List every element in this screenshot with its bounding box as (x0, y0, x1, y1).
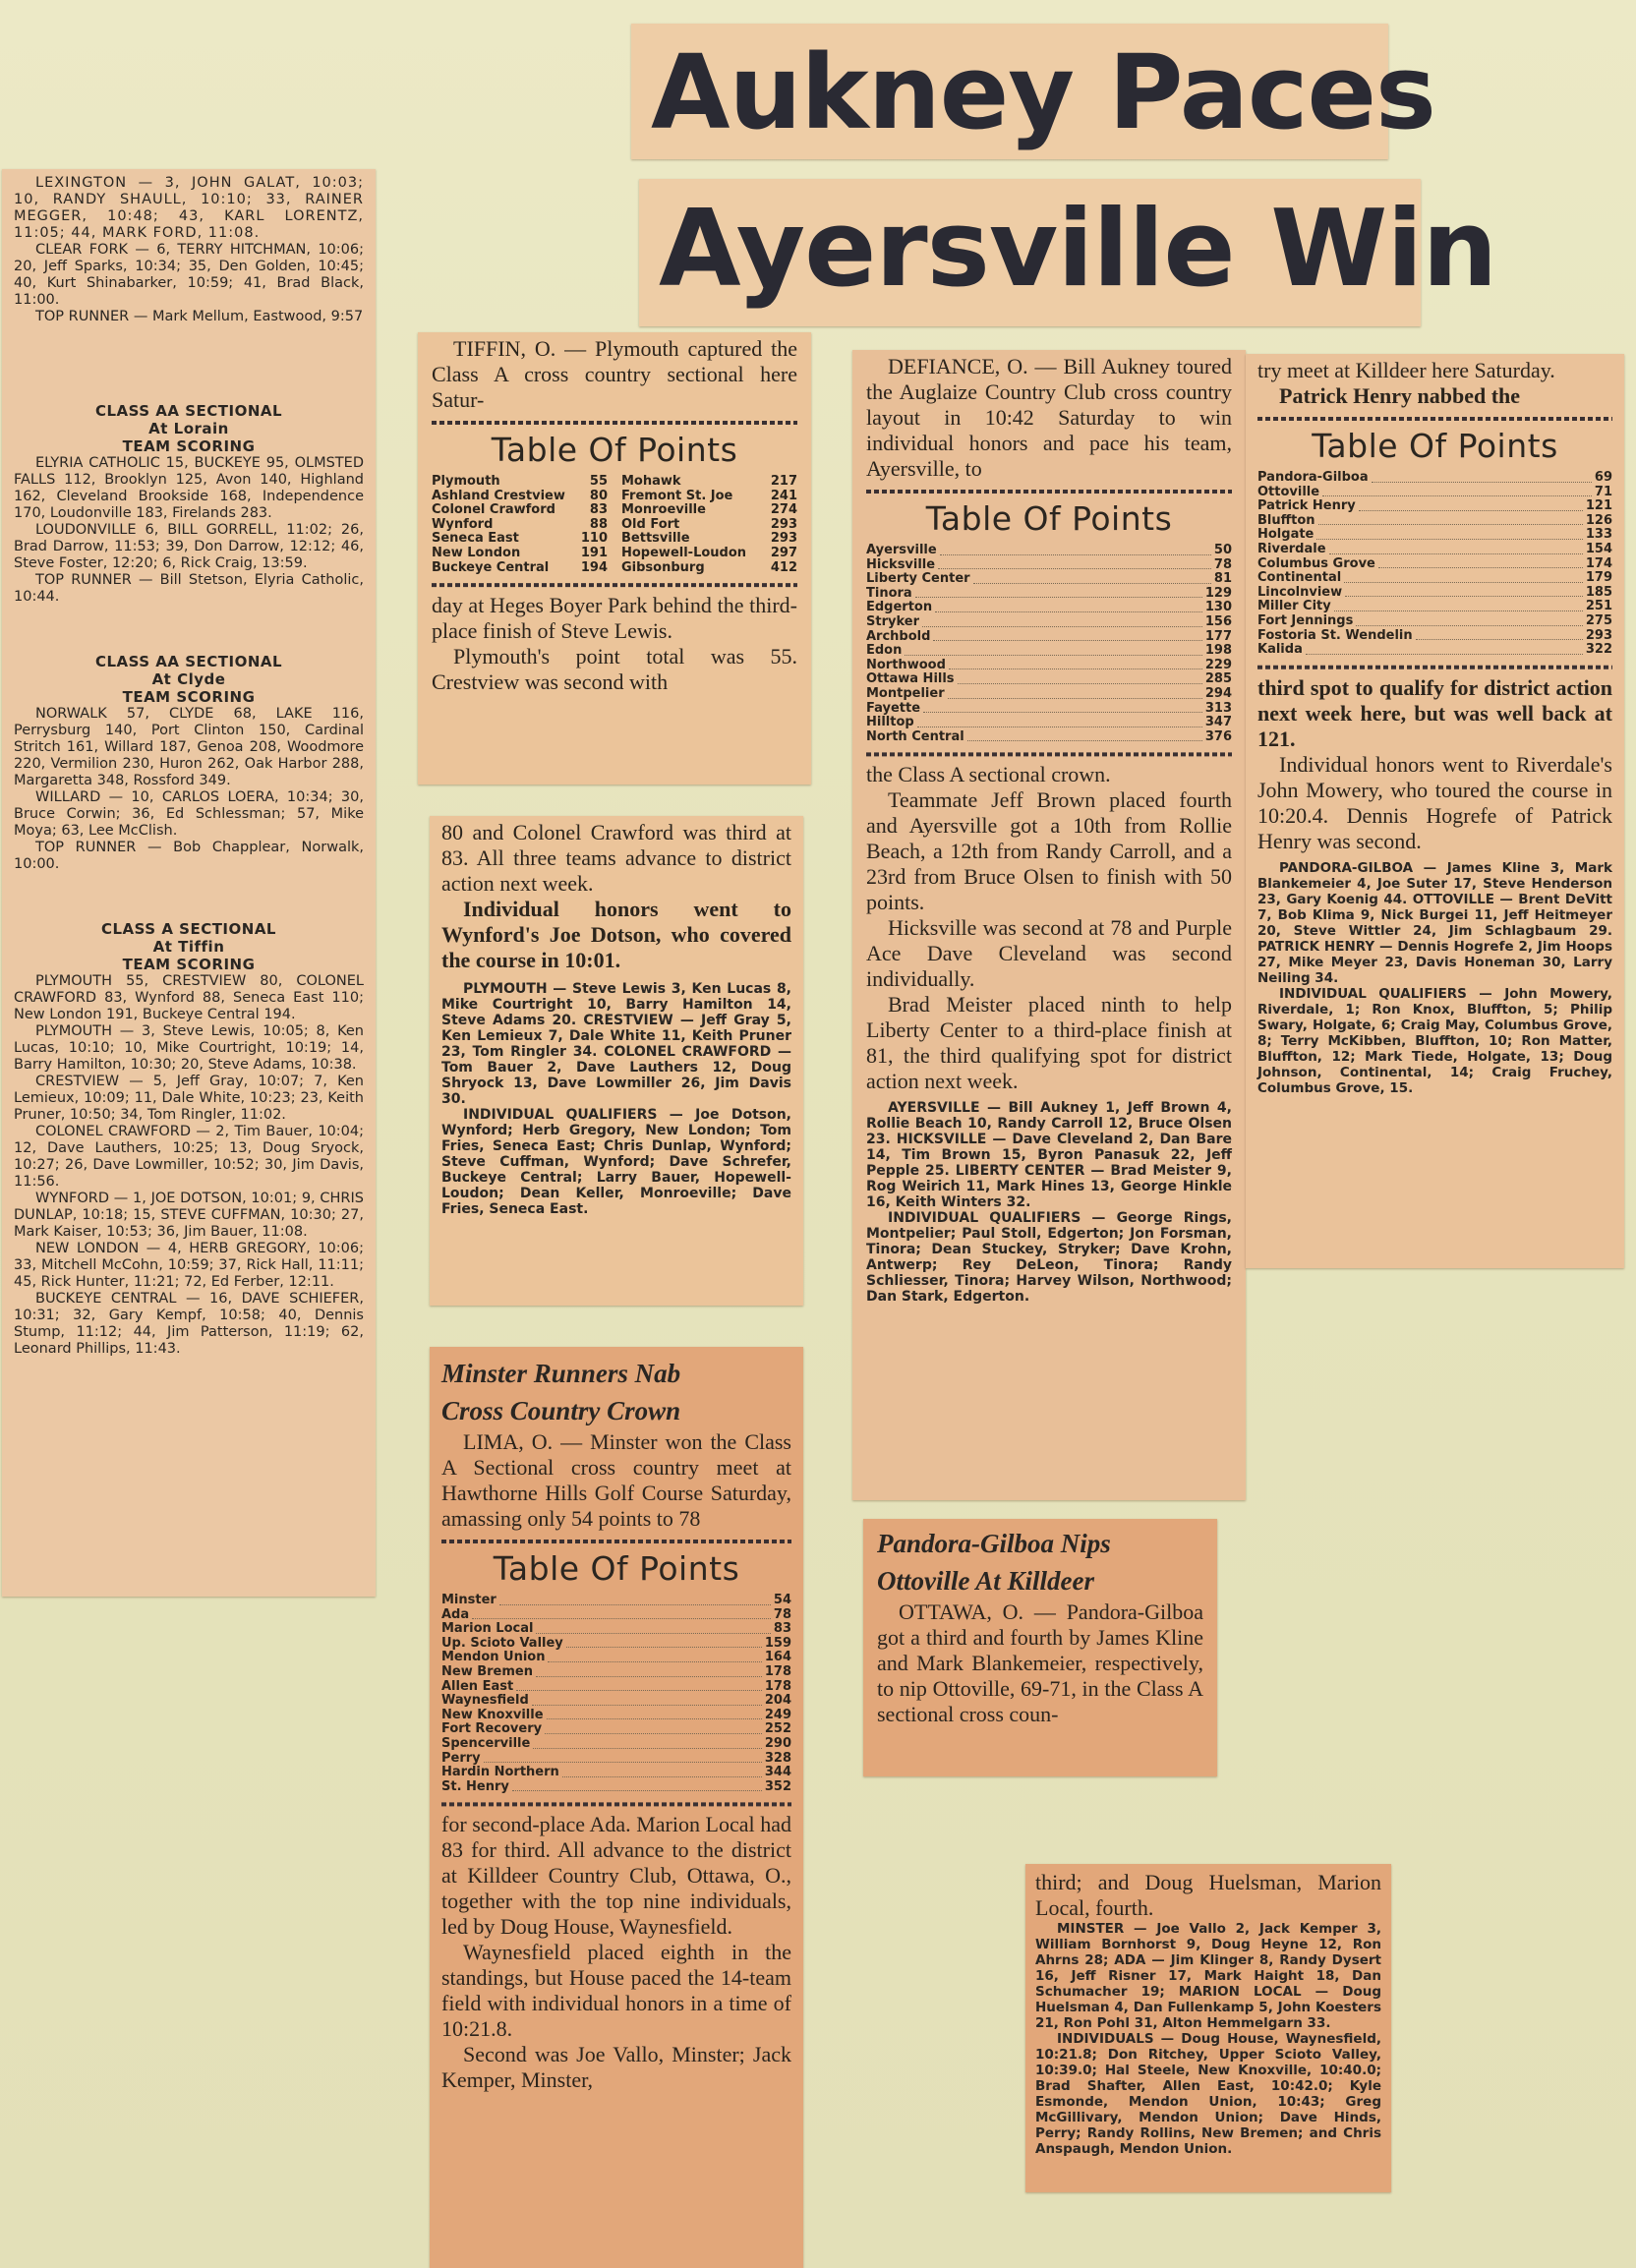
team-points: 252 (765, 1722, 791, 1737)
headline-line-1: Aukney Paces (631, 24, 1388, 144)
team-points: 69 (1595, 471, 1612, 486)
table-row: Continental179 (1257, 571, 1612, 586)
ottawa-story-clip: Pandora-Gilboa NipsOttoville At Killdeer… (863, 1519, 1217, 1776)
dot-leader (1334, 611, 1583, 611)
minster-cont1: third; and Doug Huelsman, Marion Local, … (1035, 1870, 1381, 1921)
tiffin-individual-qualifiers: INDIVIDUAL QUALIFIERS — Joe Dotson, Wynf… (441, 1107, 791, 1217)
team-points: 198 (1205, 644, 1232, 659)
team-name: St. Henry (441, 1780, 509, 1795)
team-points: 110 (581, 532, 608, 547)
headline-strip-2: Ayersville Win (639, 179, 1421, 326)
dot-leader (940, 554, 1211, 555)
team-points: 83 (774, 1622, 791, 1637)
dot-leader (536, 1676, 762, 1677)
table-row: New London191 (432, 547, 608, 561)
defiance-lead: DEFIANCE, O. — Bill Aukney toured the Au… (866, 354, 1232, 482)
team-points: 297 (771, 547, 797, 561)
team-name: Ottoville (1257, 486, 1319, 500)
team-points: 130 (1205, 601, 1232, 615)
team-points: 133 (1586, 528, 1612, 543)
lorain-top-runner: TOP RUNNER — Bill Stetson, Elyria Cathol… (14, 572, 364, 606)
team-points: 241 (771, 490, 797, 504)
defiance-para3: Hicksville was second at 78 and Purple A… (866, 915, 1232, 992)
divider (1257, 662, 1612, 671)
table-row: Ayersville50 (866, 544, 1232, 558)
dot-leader (949, 669, 1202, 669)
table-row: Patrick Henry121 (1257, 499, 1612, 514)
divider (441, 1536, 791, 1545)
team-points: 294 (1205, 687, 1232, 702)
dot-leader (958, 683, 1202, 684)
team-points: 249 (765, 1709, 791, 1723)
table-row: Mohawk217 (621, 475, 797, 490)
team-points: 129 (1205, 587, 1232, 602)
minster-after-table: for second-place Ada. Marion Local had 8… (441, 1812, 791, 1940)
team-points: 164 (765, 1651, 791, 1665)
team-points: 159 (765, 1637, 791, 1652)
table-row: Hardin Northern344 (441, 1766, 791, 1780)
team-name: Old Fort (621, 518, 679, 533)
ottawa-lead: OTTAWA, O. — Pandora-Gilboa got a third … (877, 1599, 1203, 1727)
buckeye-central-results: BUCKEYE CENTRAL — 16, DAVE SCHIEFER, 10:… (14, 1291, 364, 1358)
divider (1257, 413, 1612, 423)
dot-leader (1329, 553, 1583, 554)
team-name: Up. Scioto Valley (441, 1637, 563, 1652)
team-name: Fayette (866, 702, 920, 717)
dot-leader (1306, 654, 1583, 655)
team-points: 293 (1586, 629, 1612, 644)
results-column-left: LEXINGTON — 3, JOHN GALAT, 10:03; 10, RA… (2, 169, 376, 1597)
willard-results: WILLARD — 10, CARLOS LOERA, 10:34; 30, B… (14, 789, 364, 840)
team-name: Continental (1257, 571, 1341, 586)
table-row: Northwood229 (866, 659, 1232, 673)
team-name: Mendon Union (441, 1651, 545, 1665)
clyde-top-runner: TOP RUNNER — Bob Chapplear, Norwalk, 10:… (14, 840, 364, 873)
table-row: Kalida322 (1257, 643, 1612, 658)
tiffin-lead: TIFFIN, O. — Plymouth captured the Class… (432, 336, 797, 413)
table-row: Fayette313 (866, 702, 1232, 717)
team-name: Miller City (1257, 600, 1331, 614)
dot-leader (484, 1762, 762, 1763)
lorain-scoring: ELYRIA CATHOLIC 15, BUCKEYE 95, OLMSTED … (14, 455, 364, 522)
dot-leader (532, 1705, 762, 1706)
minster-individuals: INDIVIDUALS — Doug House, Waynesfield, 1… (1035, 2031, 1381, 2157)
minster-headline: Minster Runners NabCross Country Crown (441, 1355, 791, 1429)
table-row: Fremont St. Joe241 (621, 490, 797, 504)
team-name: Bettsville (621, 532, 690, 547)
team-points: 80 (590, 490, 608, 504)
team-name: Hopewell-Loudon (621, 547, 746, 561)
table-row: Buckeye Central194 (432, 561, 608, 576)
dot-leader (915, 597, 1202, 598)
ottawa-cont2: Patrick Henry nabbed the (1257, 383, 1612, 409)
minster-table-title: Table Of Points (441, 1549, 791, 1588)
team-name: Tinora (866, 587, 912, 602)
team-points: 178 (765, 1665, 791, 1680)
table-row: Lincolnview185 (1257, 586, 1612, 601)
team-points: 177 (1205, 630, 1232, 645)
defiance-story-clip: DEFIANCE, O. — Bill Aukney toured the Au… (852, 350, 1246, 1500)
team-points: 121 (1586, 499, 1612, 514)
table-row: Bettsville293 (621, 532, 797, 547)
tiffin-para2: Plymouth's point total was 55. Crestview… (432, 644, 797, 695)
table-row: Edon198 (866, 644, 1232, 659)
table-row: Marion Local83 (441, 1622, 791, 1637)
dot-leader (1356, 625, 1583, 626)
team-points: 293 (771, 518, 797, 533)
dot-leader (566, 1647, 762, 1648)
minster-para2: Waynesfield placed eighth in the standin… (441, 1940, 791, 2042)
team-points: 178 (765, 1680, 791, 1695)
team-name: Marion Local (441, 1622, 533, 1637)
dot-leader (1378, 567, 1583, 568)
team-name: Bluffton (1257, 514, 1315, 529)
table-row: Up. Scioto Valley159 (441, 1637, 791, 1652)
team-points: 191 (581, 547, 608, 561)
table-row: Hopewell-Loudon297 (621, 547, 797, 561)
tiffin-cont2: Individual honors went to Wynford's Joe … (441, 897, 791, 973)
team-name: Fort Jennings (1257, 614, 1353, 629)
table-row: Allen East178 (441, 1680, 791, 1695)
team-points: 81 (1214, 572, 1232, 587)
team-name: Ashland Crestview (432, 490, 565, 504)
team-name: Colonel Crawford (432, 503, 555, 518)
table-row: Colonel Crawford83 (432, 503, 608, 518)
team-name: North Central (866, 730, 964, 745)
table-row: Old Fort293 (621, 518, 797, 533)
team-name: Kalida (1257, 643, 1303, 658)
minster-team-results: MINSTER — Joe Vallo 2, Jack Kemper 3, Wi… (1035, 1921, 1381, 2031)
lexington-results: LEXINGTON — 3, JOHN GALAT, 10:03; 10, RA… (14, 175, 364, 242)
minster-story-continued: third; and Doug Huelsman, Marion Local, … (1025, 1864, 1391, 2192)
dot-leader (547, 1718, 762, 1719)
team-points: 126 (1586, 514, 1612, 529)
table-row: St. Henry352 (441, 1780, 791, 1795)
headline-line-2: Ayersville Win (639, 179, 1421, 303)
clyde-scoring: NORWALK 57, CLYDE 68, LAKE 116, Perrysbu… (14, 706, 364, 789)
loudonville-results: LOUDONVILLE 6, BILL GORRELL, 11:02; 26, … (14, 522, 364, 572)
dot-leader (1318, 524, 1583, 525)
team-name: Monroeville (621, 503, 706, 518)
team-points: 174 (1586, 557, 1612, 572)
team-name: Mohawk (621, 475, 681, 490)
team-name: Archbold (866, 630, 930, 645)
dot-leader (562, 1776, 762, 1777)
team-name: Patrick Henry (1257, 499, 1356, 514)
divider (432, 417, 797, 427)
tiffin-table-title: Table Of Points (432, 431, 797, 469)
dot-leader (499, 1604, 771, 1605)
top-runner-1: TOP RUNNER — Mark Mellum, Eastwood, 9:57 (14, 309, 364, 325)
team-points: 313 (1205, 702, 1232, 717)
dot-leader (1345, 596, 1583, 597)
team-name: Holgate (1257, 528, 1314, 543)
dot-leader (536, 1633, 770, 1634)
dot-leader (923, 712, 1202, 713)
table-row: Riverdale154 (1257, 543, 1612, 557)
dot-leader (922, 626, 1202, 627)
team-name: Allen East (441, 1680, 513, 1695)
team-points: 251 (1586, 600, 1612, 614)
minster-lead: LIMA, O. — Minster won the Class A Secti… (441, 1429, 791, 1532)
table-row: Stryker156 (866, 615, 1232, 630)
ottawa-headline: Pandora-Gilboa NipsOttoville At Killdeer (877, 1525, 1203, 1599)
table-row: Edgerton130 (866, 601, 1232, 615)
tiffin-scoring: PLYMOUTH 55, CRESTVIEW 80, COLONEL CRAWF… (14, 973, 364, 1023)
ottawa-table-title: Table Of Points (1257, 427, 1612, 465)
table-row: Wynford88 (432, 518, 608, 533)
team-points: 83 (590, 503, 608, 518)
dot-leader (548, 1661, 761, 1662)
dot-leader (1416, 639, 1583, 640)
team-name: Ada (441, 1608, 469, 1623)
table-row: Fort Recovery252 (441, 1722, 791, 1737)
defiance-para4: Brad Meister placed ninth to help Libert… (866, 992, 1232, 1094)
team-name: Hardin Northern (441, 1766, 559, 1780)
table-row: North Central376 (866, 730, 1232, 745)
team-name: Lincolnview (1257, 586, 1342, 601)
team-name: Fort Recovery (441, 1722, 542, 1737)
team-name: Waynesfield (441, 1694, 529, 1709)
team-name: Spencerville (441, 1737, 530, 1752)
team-name: Fostoria St. Wendelin (1257, 629, 1413, 644)
table-row: Bluffton126 (1257, 514, 1612, 529)
tiffin-team-results: PLYMOUTH — Steve Lewis 3, Ken Lucas 8, M… (441, 981, 791, 1107)
minster-para3: Second was Joe Vallo, Minster; Jack Kemp… (441, 2042, 791, 2093)
minster-story-clip: Minster Runners NabCross Country Crown L… (430, 1347, 803, 2268)
table-row: Seneca East110 (432, 532, 608, 547)
ottawa-para2: Individual honors went to Riverdale's Jo… (1257, 752, 1612, 854)
minster-points-table: Minster54Ada78Marion Local83Up. Scioto V… (441, 1594, 791, 1794)
team-points: 194 (581, 561, 608, 576)
dot-leader (973, 583, 1211, 584)
table-row: Montpelier294 (866, 687, 1232, 702)
team-points: 154 (1586, 543, 1612, 557)
team-name: Seneca East (432, 532, 519, 547)
table-row: Monroeville274 (621, 503, 797, 518)
team-points: 275 (1586, 614, 1612, 629)
team-name: Wynford (432, 518, 493, 533)
team-points: 274 (771, 503, 797, 518)
dot-leader (512, 1790, 762, 1791)
team-name: Montpelier (866, 687, 945, 702)
team-points: 88 (590, 518, 608, 533)
team-points: 204 (765, 1694, 791, 1709)
dot-leader (1359, 510, 1583, 511)
table-row: Waynesfield204 (441, 1694, 791, 1709)
team-name: Edon (866, 644, 902, 659)
team-name: Ottawa Hills (866, 672, 955, 687)
dot-leader (938, 568, 1211, 569)
dot-leader (472, 1618, 771, 1619)
team-name: Minster (441, 1594, 497, 1608)
team-name: Hilltop (866, 716, 914, 730)
defiance-individual-qualifiers: INDIVIDUAL QUALIFIERS — George Rings, Mo… (866, 1210, 1232, 1305)
ottawa-points-table: Pandora-Gilboa69Ottoville71Patrick Henry… (1257, 471, 1612, 658)
table-row: Fostoria St. Wendelin293 (1257, 629, 1612, 644)
team-name: Plymouth (432, 475, 500, 490)
ottawa-cont1: try meet at Killdeer here Saturday. (1257, 358, 1612, 383)
team-points: 229 (1205, 659, 1232, 673)
team-name: New Knoxville (441, 1709, 544, 1723)
team-points: 156 (1205, 615, 1232, 630)
team-points: 293 (771, 532, 797, 547)
defiance-team-results: AYERSVILLE — Bill Aukney 1, Jeff Brown 4… (866, 1100, 1232, 1210)
defiance-points-table: Ayersville50Hicksville78Liberty Center81… (866, 544, 1232, 744)
dot-leader (948, 698, 1202, 699)
divider (866, 748, 1232, 758)
tiffin-story-continued: 80 and Colonel Crawford was third at 83.… (430, 816, 803, 1306)
team-name: Liberty Center (866, 572, 970, 587)
plymouth-results: PLYMOUTH — 3, Steve Lewis, 10:05; 8, Ken… (14, 1023, 364, 1074)
team-points: 376 (1205, 730, 1232, 745)
table-row: Liberty Center81 (866, 572, 1232, 587)
team-points: 352 (765, 1780, 791, 1795)
table-row: Ottoville71 (1257, 486, 1612, 500)
team-name: Columbus Grove (1257, 557, 1375, 572)
team-name: New Bremen (441, 1665, 533, 1680)
team-name: Edgerton (866, 601, 932, 615)
dot-leader (917, 727, 1202, 727)
team-name: New London (432, 547, 520, 561)
team-name: Riverdale (1257, 543, 1326, 557)
team-name: Perry (441, 1752, 481, 1767)
table-row: Ottawa Hills285 (866, 672, 1232, 687)
lorain-title: CLASS AA SECTIONALAt LorainTEAM SCORING (14, 402, 364, 455)
headline-strip-1: Aukney Paces (631, 24, 1388, 159)
table-row: Minster54 (441, 1594, 791, 1608)
table-row: Hicksville78 (866, 558, 1232, 573)
table-row: Perry328 (441, 1752, 791, 1767)
team-points: 78 (1214, 558, 1232, 573)
table-row: New Bremen178 (441, 1665, 791, 1680)
table-row: Tinora129 (866, 587, 1232, 602)
divider (866, 486, 1232, 495)
team-name: Pandora-Gilboa (1257, 471, 1369, 486)
team-points: 328 (765, 1752, 791, 1767)
table-row: New Knoxville249 (441, 1709, 791, 1723)
team-name: Hicksville (866, 558, 935, 573)
dot-leader (935, 611, 1202, 612)
team-points: 179 (1586, 571, 1612, 586)
crestview-results: CRESTVIEW — 5, Jeff Gray, 10:07; 7, Ken … (14, 1074, 364, 1124)
team-points: 78 (774, 1608, 791, 1623)
table-row: Ada78 (441, 1608, 791, 1623)
table-row: Hilltop347 (866, 716, 1232, 730)
divider (432, 579, 797, 589)
dot-leader (1372, 482, 1592, 483)
team-points: 322 (1586, 643, 1612, 658)
team-name: Ayersville (866, 544, 937, 558)
team-points: 50 (1214, 544, 1232, 558)
defiance-para2: Teammate Jeff Brown placed fourth and Ay… (866, 787, 1232, 915)
table-row: Plymouth55 (432, 475, 608, 490)
table-row: Miller City251 (1257, 600, 1612, 614)
team-points: 285 (1205, 672, 1232, 687)
table-row: Archbold177 (866, 630, 1232, 645)
table-row: Columbus Grove174 (1257, 557, 1612, 572)
defiance-after-table: the Class A sectional crown. (866, 762, 1232, 787)
table-row: Mendon Union164 (441, 1651, 791, 1665)
divider (441, 1798, 791, 1808)
tiffin-title: CLASS A SECTIONALAt TiffinTEAM SCORING (14, 920, 364, 973)
table-row: Spencerville290 (441, 1737, 791, 1752)
dot-leader (933, 640, 1201, 641)
team-points: 344 (765, 1766, 791, 1780)
table-row: Ashland Crestview80 (432, 490, 608, 504)
team-name: Stryker (866, 615, 919, 630)
defiance-table-title: Table Of Points (866, 499, 1232, 538)
team-points: 217 (771, 475, 797, 490)
tiffin-story-clip: TIFFIN, O. — Plymouth captured the Class… (418, 332, 811, 785)
team-points: 347 (1205, 716, 1232, 730)
ottawa-story-continued: try meet at Killdeer here Saturday. Patr… (1246, 354, 1624, 1268)
dot-leader (1344, 582, 1583, 583)
dot-leader (967, 740, 1202, 741)
table-row: Fort Jennings275 (1257, 614, 1612, 629)
team-points: 54 (774, 1594, 791, 1608)
dot-leader (1322, 495, 1592, 496)
team-points: 185 (1586, 586, 1612, 601)
wynford-results: WYNFORD — 1, JOE DOTSON, 10:01; 9, CHRIS… (14, 1191, 364, 1241)
team-points: 71 (1595, 486, 1612, 500)
clyde-title: CLASS AA SECTIONALAt ClydeTEAM SCORING (14, 653, 364, 706)
team-name: Buckeye Central (432, 561, 549, 576)
dot-leader (545, 1733, 762, 1734)
dot-leader (1316, 539, 1582, 540)
table-row: Gibsonburg412 (621, 561, 797, 576)
team-points: 290 (765, 1737, 791, 1752)
dot-leader (516, 1690, 762, 1691)
tiffin-points-table: Plymouth55Ashland Crestview80Colonel Cra… (432, 475, 797, 575)
table-row: Holgate133 (1257, 528, 1612, 543)
team-points: 412 (771, 561, 797, 576)
team-name: Fremont St. Joe (621, 490, 732, 504)
tiffin-cont1: 80 and Colonel Crawford was third at 83.… (441, 820, 791, 897)
team-name: Gibsonburg (621, 561, 705, 576)
clear-fork-results: CLEAR FORK — 6, TERRY HITCHMAN, 10:06; 2… (14, 242, 364, 309)
dot-leader (905, 655, 1201, 656)
team-points: 55 (590, 475, 608, 490)
dot-leader (533, 1748, 762, 1749)
table-row: Pandora-Gilboa69 (1257, 471, 1612, 486)
ottawa-after-table: third spot to qualify for district actio… (1257, 675, 1612, 752)
new-london-results: NEW LONDON — 4, HERB GREGORY, 10:06; 33,… (14, 1241, 364, 1291)
tiffin-after-table: day at Heges Boyer Park behind the third… (432, 593, 797, 644)
ottawa-team-results: PANDORA-GILBOA — James Kline 3, Mark Bla… (1257, 860, 1612, 986)
ottawa-individual-qualifiers: INDIVIDUAL QUALIFIERS — John Mowery, Riv… (1257, 986, 1612, 1096)
colonel-crawford-results: COLONEL CRAWFORD — 2, Tim Bauer, 10:04; … (14, 1124, 364, 1191)
team-name: Northwood (866, 659, 946, 673)
